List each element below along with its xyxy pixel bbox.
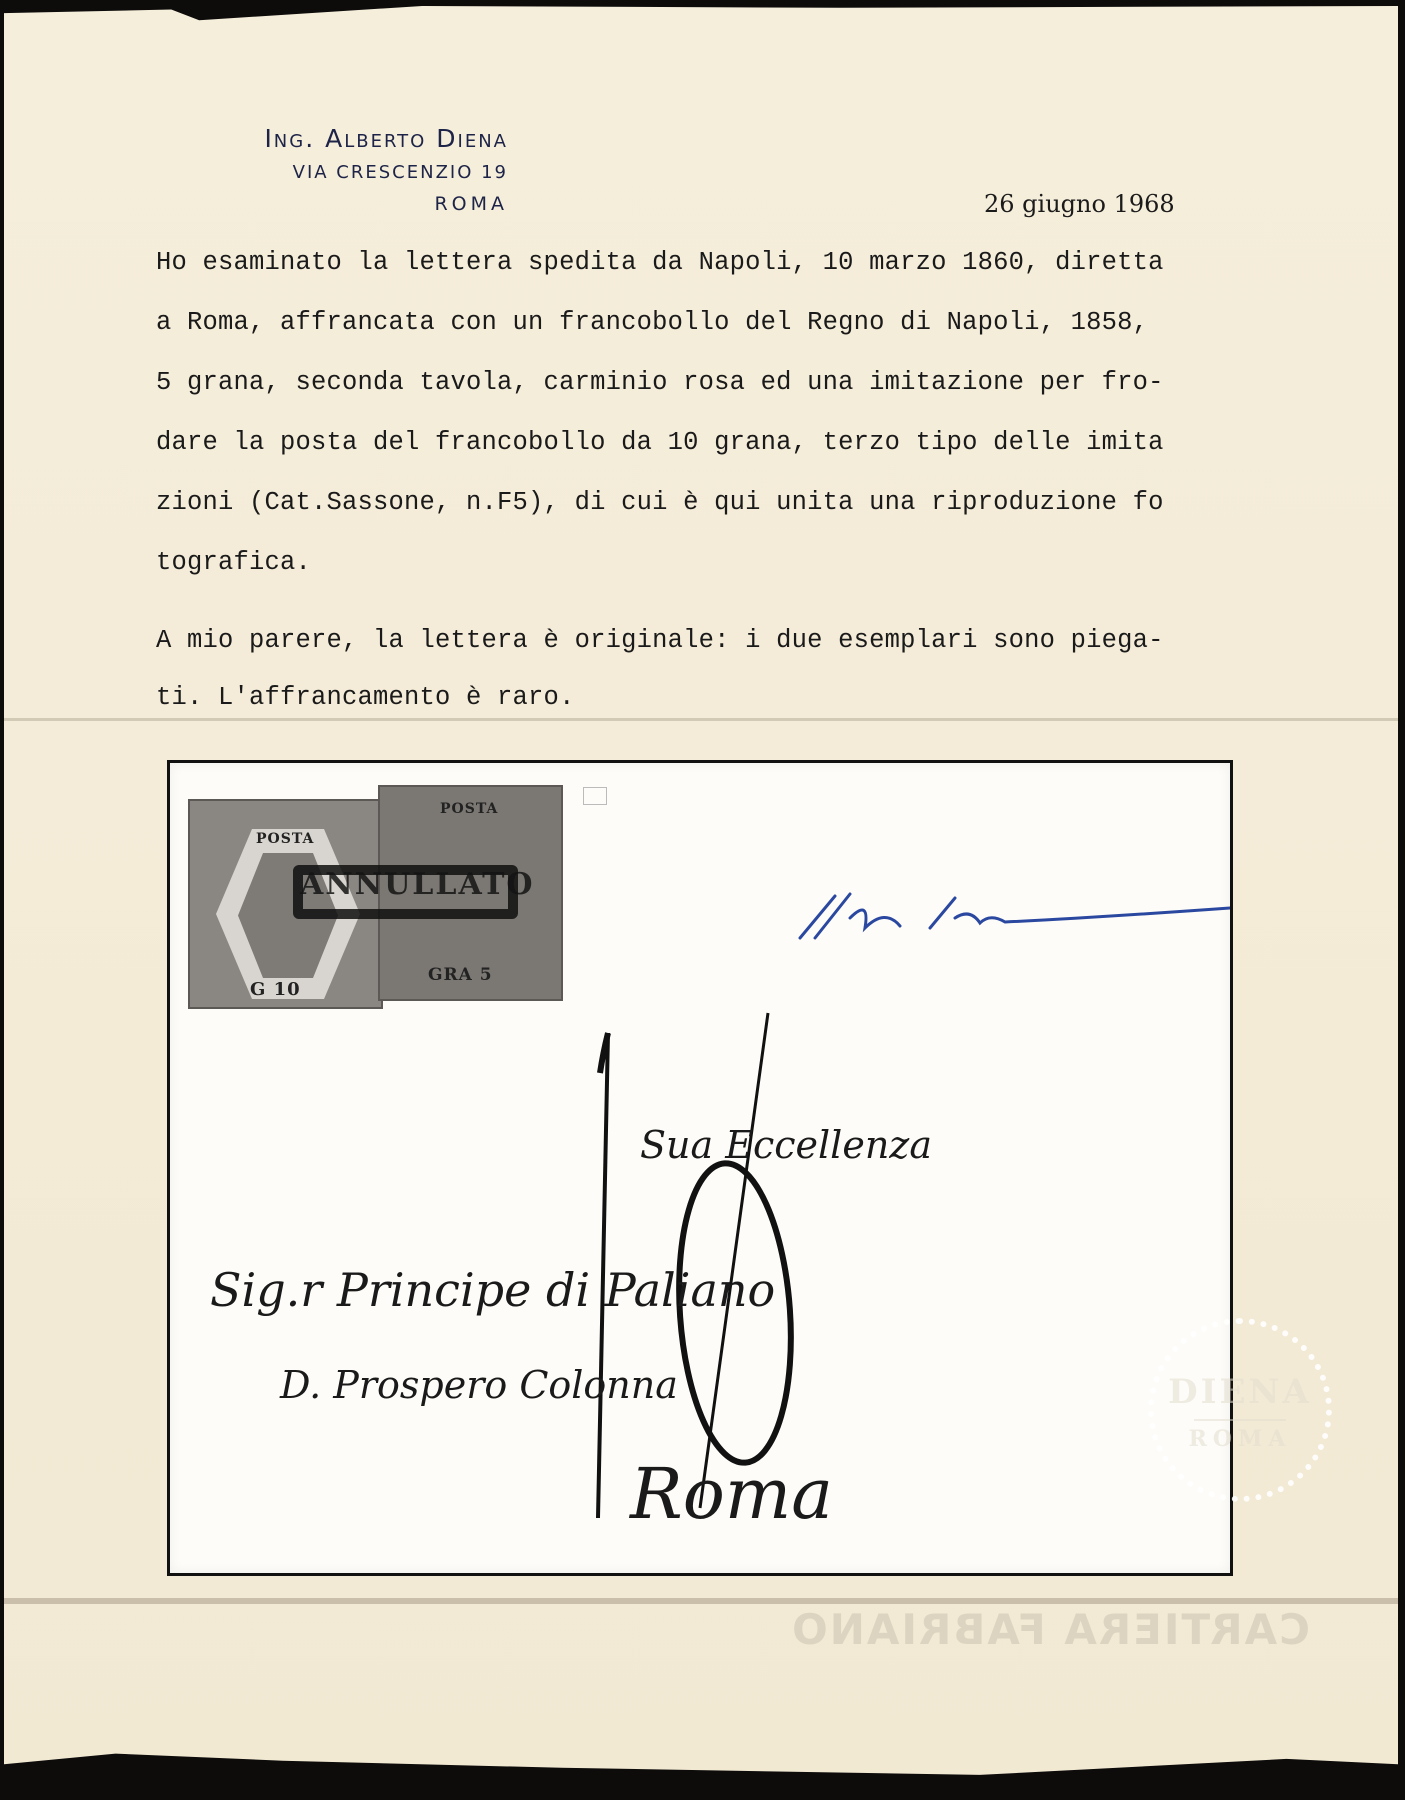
seal-name: DIENA: [1154, 1372, 1326, 1412]
address-line-2: Sig.r Principe di Paliano: [210, 1263, 775, 1317]
body-line: a Roma, affrancata con un francobollo de…: [156, 308, 1148, 337]
seal-rule: [1194, 1419, 1286, 1421]
address-line-1: Sua Eccellenza: [640, 1123, 932, 1167]
body-line: Ho esaminato la lettera spedita da Napol…: [156, 248, 1164, 277]
body-line: zioni (Cat.Sassone, n.F5), di cui è qui …: [156, 488, 1164, 517]
letterhead-city: Roma: [434, 193, 508, 215]
cover-photograph: POSTA G 10 POSTA GRA 5 ANNULLATO Sua Ecc…: [167, 760, 1233, 1576]
fold-line-bottom: [4, 1598, 1398, 1604]
body-line: ti. L'affrancamento è raro.: [156, 683, 575, 712]
body-line: dare la posta del francobollo da 10 gran…: [156, 428, 1164, 457]
paper-watermark: CARTIERA FABRIANO: [790, 1605, 1310, 1654]
body-line: A mio parere, la lettera è originale: i …: [156, 626, 1164, 655]
letterhead-name: Ing. Alberto Diena: [264, 124, 508, 153]
address-line-4: Roma: [630, 1453, 833, 1535]
certificate-date: 26 giugno 1968: [984, 190, 1175, 218]
seal-city: ROMA: [1154, 1426, 1326, 1452]
address-line-3: D. Prospero Colonna: [280, 1363, 678, 1407]
letterhead-street: Via Crescenzio 19: [293, 162, 508, 183]
fold-line-top: [4, 718, 1398, 721]
embossed-seal: DIENA ROMA: [1148, 1318, 1332, 1502]
body-line: tografica.: [156, 548, 311, 577]
handwritten-rate-mark-icon: [170, 763, 1230, 1573]
body-line: 5 grana, seconda tavola, carminio rosa e…: [156, 368, 1164, 397]
